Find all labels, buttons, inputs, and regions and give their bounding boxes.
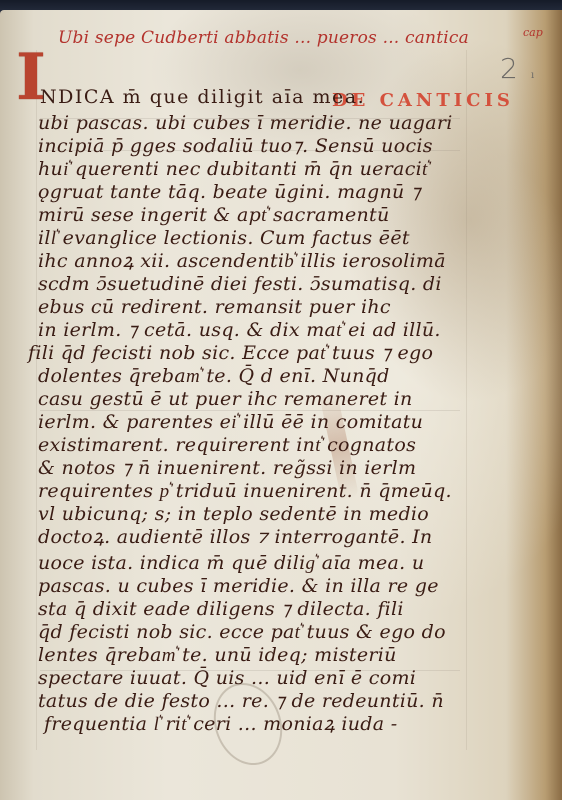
text-line: tatus de die festo ... re. ⁊ de redeunti… (38, 690, 444, 712)
text-line: ubi pascas. ubi cubes ī meridie. ne uaga… (38, 112, 453, 134)
text-line: casu gestū ē ut puer ihc remaneret in (38, 388, 413, 410)
text-line: scdm ɔ̄suetudinē diei festi. ɔ̄sumatisq.… (38, 273, 442, 295)
text-line: ill͛ evanglice lectionis. Cum factus ēēt (38, 227, 410, 249)
text-line: incipiā p̄ gges sodaliū tuo⁊. Sensū uoci… (38, 135, 433, 157)
text-line: requirentes p͛ triduū inuenirent. n̄ q̄m… (38, 480, 452, 502)
text-line: lentes q̄rebam͛ te. unū ideq; misteriū (38, 644, 397, 666)
text-line: sta q̄ dixit eade diligens ⁊ dilecta. fi… (38, 598, 404, 620)
text-line: q̄d fecisti nob sic. ecce pat͛ tuus & eg… (38, 621, 446, 643)
text-line: pascas. u cubes ī meridie. & in illa re … (38, 575, 439, 597)
text-line: frequentia l͛ rit͛ ceri ... moniaꝝ iuda … (44, 713, 397, 735)
text-line: ierlm. & parentes ei͛ illū ēē in comitat… (38, 411, 423, 433)
text-line: existimarent. requirerent int͛ cognatos (38, 434, 416, 456)
text-line: NDICA m̄ que diligit aı̄a mea. (40, 86, 365, 108)
text-line: doctoꝝ. audientē illos ⁊ interrogantē. I… (38, 526, 432, 548)
text-line: ebus cū redirent. remansit puer ihc (38, 296, 391, 318)
rubric-tail: cap (523, 26, 543, 39)
text-line: hui͛ querenti nec dubitanti m̄ q̄n uerac… (38, 158, 428, 180)
text-line: ǫgruat tante tāq. beate ūgini. magnū ⁊ (38, 181, 421, 203)
text-line: fili q̄d fecisti nob sic. Ecce pat͛ tuus… (28, 342, 433, 364)
margin-rule-right (466, 50, 467, 750)
text-line: dolentes q̄rebam͛ te. Q̄ d enī. Nunq̄d (38, 365, 390, 387)
rubric-heading: Ubi sepe Cudberti abbatis ... pueros ...… (58, 28, 469, 48)
text-line: in ierlm. ⁊ cetā. usq. & dix mat͛ ei ad … (38, 319, 441, 341)
text-line: uoce ista. indica m̄ quē dilig͛ aı̄a mea… (38, 552, 424, 574)
text-line: vl ubicunq; s; in teplo sedentē in medio (38, 503, 429, 525)
text-line: spectare iuuat. Q̄ uis ... uid enī ē com… (38, 667, 416, 689)
margin-rule-left (36, 50, 37, 750)
text-line: & notos ⁊ n̄ inuenirent. reg̃ssi in ierl… (38, 457, 416, 479)
text-line: ihc annoꝝ xii. ascendentib͛ illis ieroso… (38, 250, 446, 272)
foliation-number: 2 (500, 52, 518, 85)
text-line: mirū sese ingerit & apt͛ sacramentū (38, 204, 390, 226)
foliation-mark: ı (531, 70, 534, 81)
